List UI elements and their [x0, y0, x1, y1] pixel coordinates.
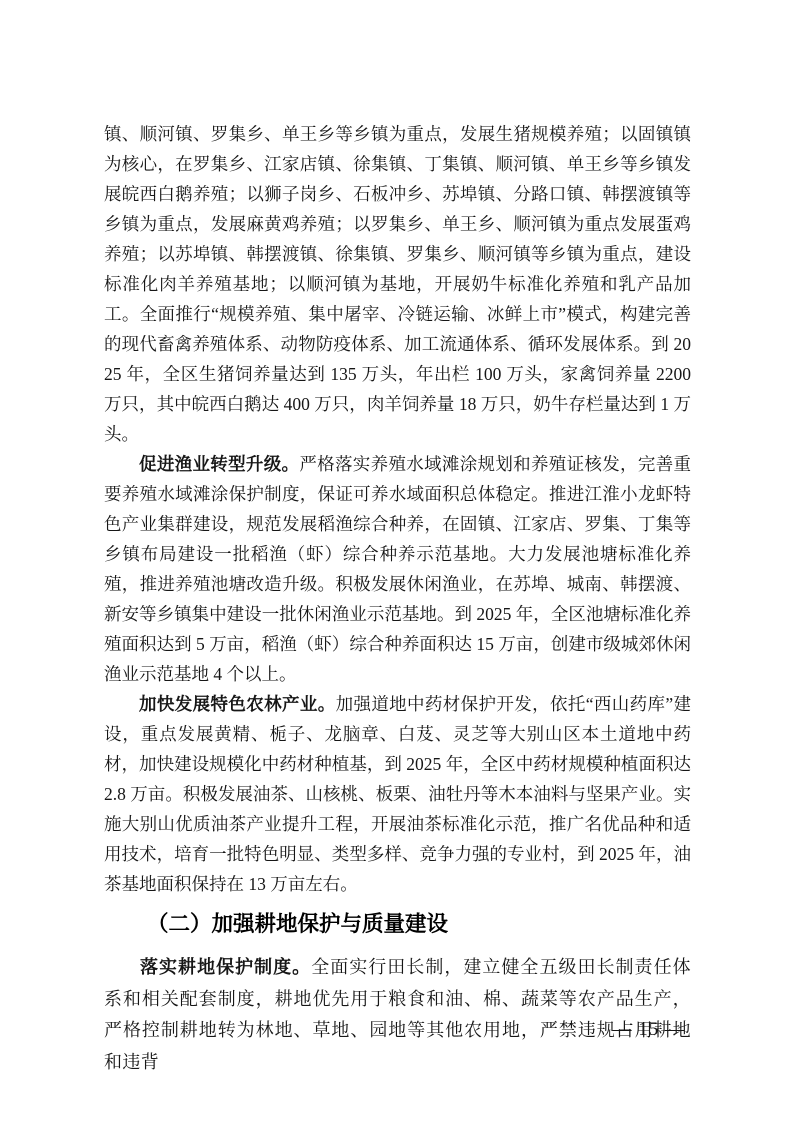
paragraph-farmland-protection: 落实耕地保护制度。全面实行田长制，建立健全五级田长制责任体系和相关配套制度，耕地…: [104, 952, 691, 1078]
page-number: — 15 —: [613, 1019, 686, 1041]
paragraph-text: 镇、顺河镇、罗集乡、单王乡等乡镇为重点，发展生猪规模养殖；以固镇镇为核心，在罗集…: [104, 124, 691, 444]
paragraph-lead: 促进渔业转型升级。: [139, 454, 299, 474]
paragraph-fishery-upgrade: 促进渔业转型升级。严格落实养殖水域滩涂规划和养殖证核发，完善重要养殖水域滩涂保护…: [104, 449, 691, 689]
paragraph-text: 严格落实养殖水域滩涂规划和养殖证核发，完善重要养殖水域滩涂保护制度，保证可养水域…: [104, 454, 691, 684]
page-body-text: 镇、顺河镇、罗集乡、单王乡等乡镇为重点，发展生猪规模养殖；以固镇镇为核心，在罗集…: [104, 119, 691, 1078]
paragraph-livestock-continuation: 镇、顺河镇、罗集乡、单王乡等乡镇为重点，发展生猪规模养殖；以固镇镇为核心，在罗集…: [104, 119, 691, 449]
paragraph-lead: 加快发展特色农林产业。: [139, 694, 336, 714]
section-heading: （二）加强耕地保护与质量建设: [104, 908, 691, 940]
paragraph-lead: 落实耕地保护制度。: [140, 957, 311, 977]
document-page: 镇、顺河镇、罗集乡、单王乡等乡镇为重点，发展生猪规模养殖；以固镇镇为核心，在罗集…: [0, 0, 793, 1122]
paragraph-text: 加强道地中药材保护开发，依托“西山药库”建设，重点发展黄精、栀子、龙脑章、白芨、…: [104, 694, 691, 894]
paragraph-forestry-industry: 加快发展特色农林产业。加强道地中药材保护开发，依托“西山药库”建设，重点发展黄精…: [104, 689, 691, 899]
